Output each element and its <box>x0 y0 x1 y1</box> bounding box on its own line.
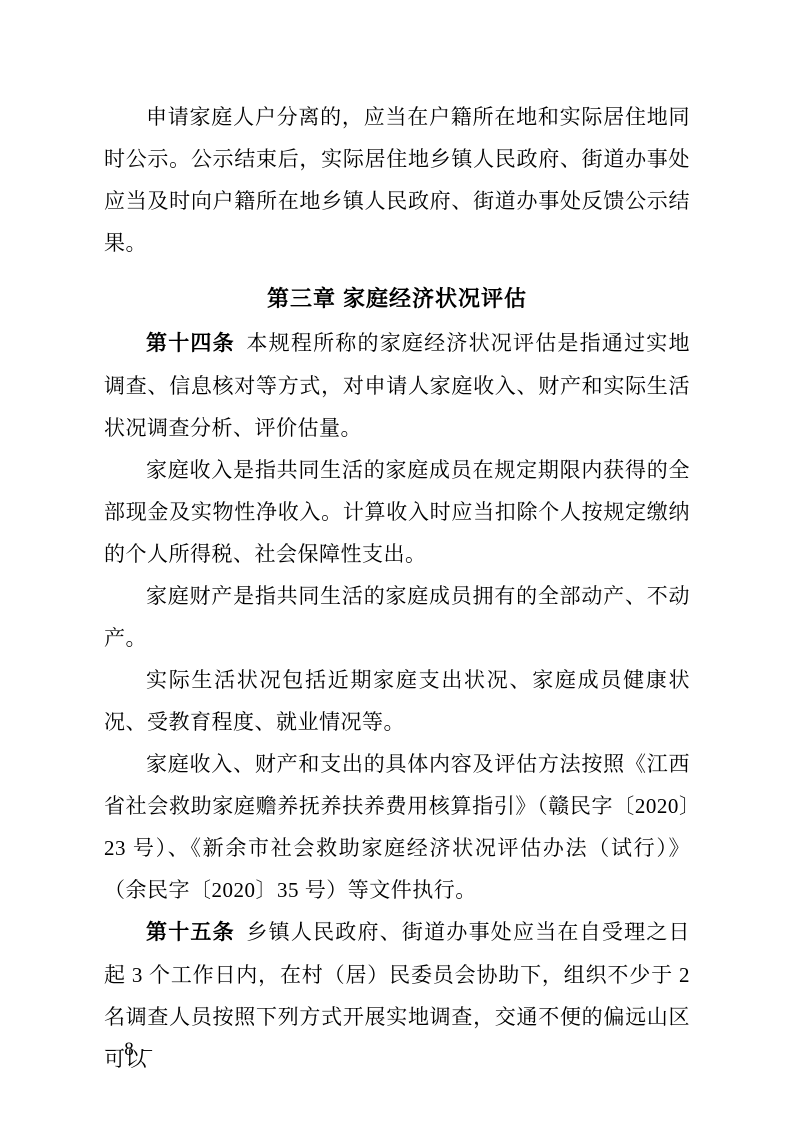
body-paragraph: 家庭收入是指共同生活的家庭成员在规定期限内获得的全部现金及实物性净收入。计算收入… <box>104 449 690 575</box>
body-paragraph: 第十四条本规程所称的家庭经济状况评估是指通过实地调查、信息核对等方式，对申请人家… <box>104 322 690 449</box>
body-paragraph: 申请家庭人户分离的，应当在户籍所在地和实际居住地同时公示。公示结束后，实际居住地… <box>104 96 690 264</box>
document-page: 申请家庭人户分离的，应当在户籍所在地和实际居住地同时公示。公示结束后，实际居住地… <box>0 0 793 1122</box>
document-body: 申请家庭人户分离的，应当在户籍所在地和实际居住地同时公示。公示结束后，实际居住地… <box>104 96 690 1080</box>
body-paragraph: 家庭财产是指共同生活的家庭成员拥有的全部动产、不动产。 <box>104 575 690 659</box>
article-number: 第十四条 <box>146 332 235 355</box>
body-paragraph: 第十五条乡镇人民政府、街道办事处应当在自受理之日起 3 个工作日内，在村（居）民… <box>104 911 690 1080</box>
body-paragraph: 实际生活状况包括近期家庭支出状况、家庭成员健康状况、受教育程度、就业情况等。 <box>104 659 690 743</box>
chapter-heading: 第三章 家庭经济状况评估 <box>104 278 690 320</box>
article-number: 第十五条 <box>146 921 235 944</box>
page-number: – 8 – <box>106 1038 154 1062</box>
body-paragraph: 家庭收入、财产和支出的具体内容及评估方法按照《江西省社会救助家庭赡养抚养扶养费用… <box>104 743 690 911</box>
